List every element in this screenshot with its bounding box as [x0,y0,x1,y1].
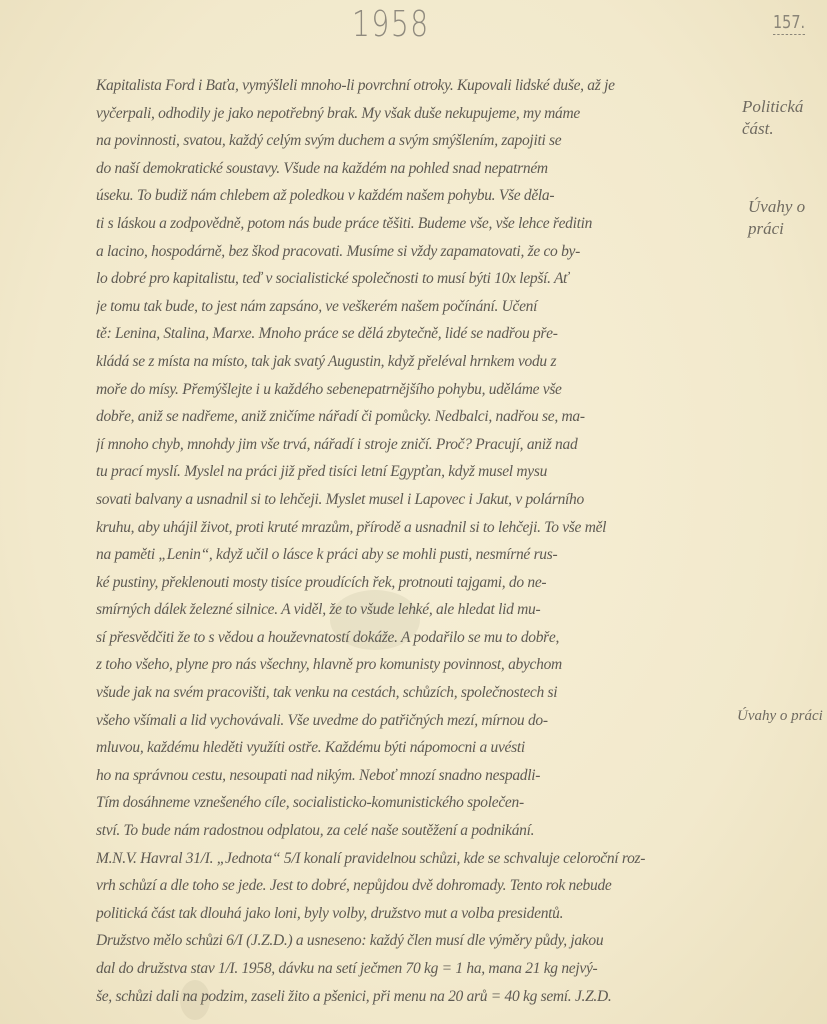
year-heading: 1958 [352,4,430,45]
text-line: vrh schůzí a dle toho se jede. Jest to d… [96,872,732,900]
text-line: lo dobré pro kapitalistu, teď v socialis… [96,265,732,293]
text-line: do naší demokratické soustavy. Všude na … [96,155,732,183]
margin-note-text: Úvahy o [748,196,805,218]
text-line: úseku. To budiž nám chlebem až poledkou … [96,182,732,210]
margin-note-text: část. [742,118,803,140]
chronicle-page: 1958 157. Politická část. Úvahy o práci … [0,0,827,1024]
text-line: kruhu, aby uhájil život, proti kruté mra… [96,514,732,542]
margin-note-reflections-on-work-end: Úvahy o práci [737,705,823,727]
text-line: mluvou, každému hleděti využíti ostře. K… [96,734,732,762]
handwritten-body-text: Kapitalista Ford i Baťa, vymýšleli mnoho… [96,72,732,1010]
page-number: 157. [773,12,805,35]
margin-note-reflections-on-work: Úvahy o práci [748,196,805,240]
text-line: všeho všímali a lid vychovávali. Vše uve… [96,707,732,735]
text-line: sovati balvany a usnadnil si to lehčeji.… [96,486,732,514]
text-line: Kapitalista Ford i Baťa, vymýšleli mnoho… [96,72,732,100]
text-line: dal do družstva stav 1/I. 1958, dávku na… [96,955,732,983]
text-line: politická část tak dlouhá jako loni, byl… [96,900,732,928]
text-line: Družstvo mělo schůzi 6/I (J.Z.D.) a usne… [96,927,732,955]
text-line: smírných dálek železné silnice. A viděl,… [96,596,732,624]
text-line: Tím dosáhneme vznešeného cíle, socialist… [96,789,732,817]
margin-note-text: Politická [742,96,803,118]
text-line: na paměti „Lenin“, když učil o lásce k p… [96,541,732,569]
text-line: kládá se z místa na místo, tak jak svatý… [96,348,732,376]
text-line: sí přesvědčiti že to s vědou a houževnat… [96,624,732,652]
text-line: všude jak na svém pracovišti, tak venku … [96,679,732,707]
text-line: tě: Lenina, Stalina, Marxe. Mnoho práce … [96,320,732,348]
text-line: ho na správnou cestu, nesoupati nad niký… [96,762,732,790]
text-line: moře do mísy. Přemýšlejte i u každého se… [96,376,732,404]
text-line: vyčerpali, odhodily je jako nepotřebný b… [96,100,732,128]
text-line: ti s láskou a zodpovědně, potom nás bude… [96,210,732,238]
text-line: z toho všeho, plyne pro nás všechny, hla… [96,651,732,679]
text-line: še, schůzi dali na podzim, zaseli žito a… [96,983,732,1011]
text-line: ké pustiny, překlenouti mosty tisíce pro… [96,569,732,597]
margin-note-text: práci [748,218,805,240]
text-line: jí mnoho chyb, mnohdy jim vše trvá, nářa… [96,431,732,459]
text-line: je tomu tak bude, to jest nám zapsáno, v… [96,293,732,321]
margin-note-text: Úvahy o práci [737,705,823,727]
text-line: tu prací myslí. Myslel na práci již před… [96,458,732,486]
text-line: a lacino, hospodárně, bez škod pracovati… [96,238,732,266]
text-line: ství. To bude nám radostnou odplatou, za… [96,817,732,845]
text-line: dobře, aniž se nadřeme, aniž zničíme nář… [96,403,732,431]
text-line: M.N.V. Havral 31/I. „Jednota“ 5/I konalí… [96,845,732,873]
margin-note-political-part: Politická část. [742,96,803,140]
text-line: na povinnosti, svatou, každý celým svým … [96,127,732,155]
